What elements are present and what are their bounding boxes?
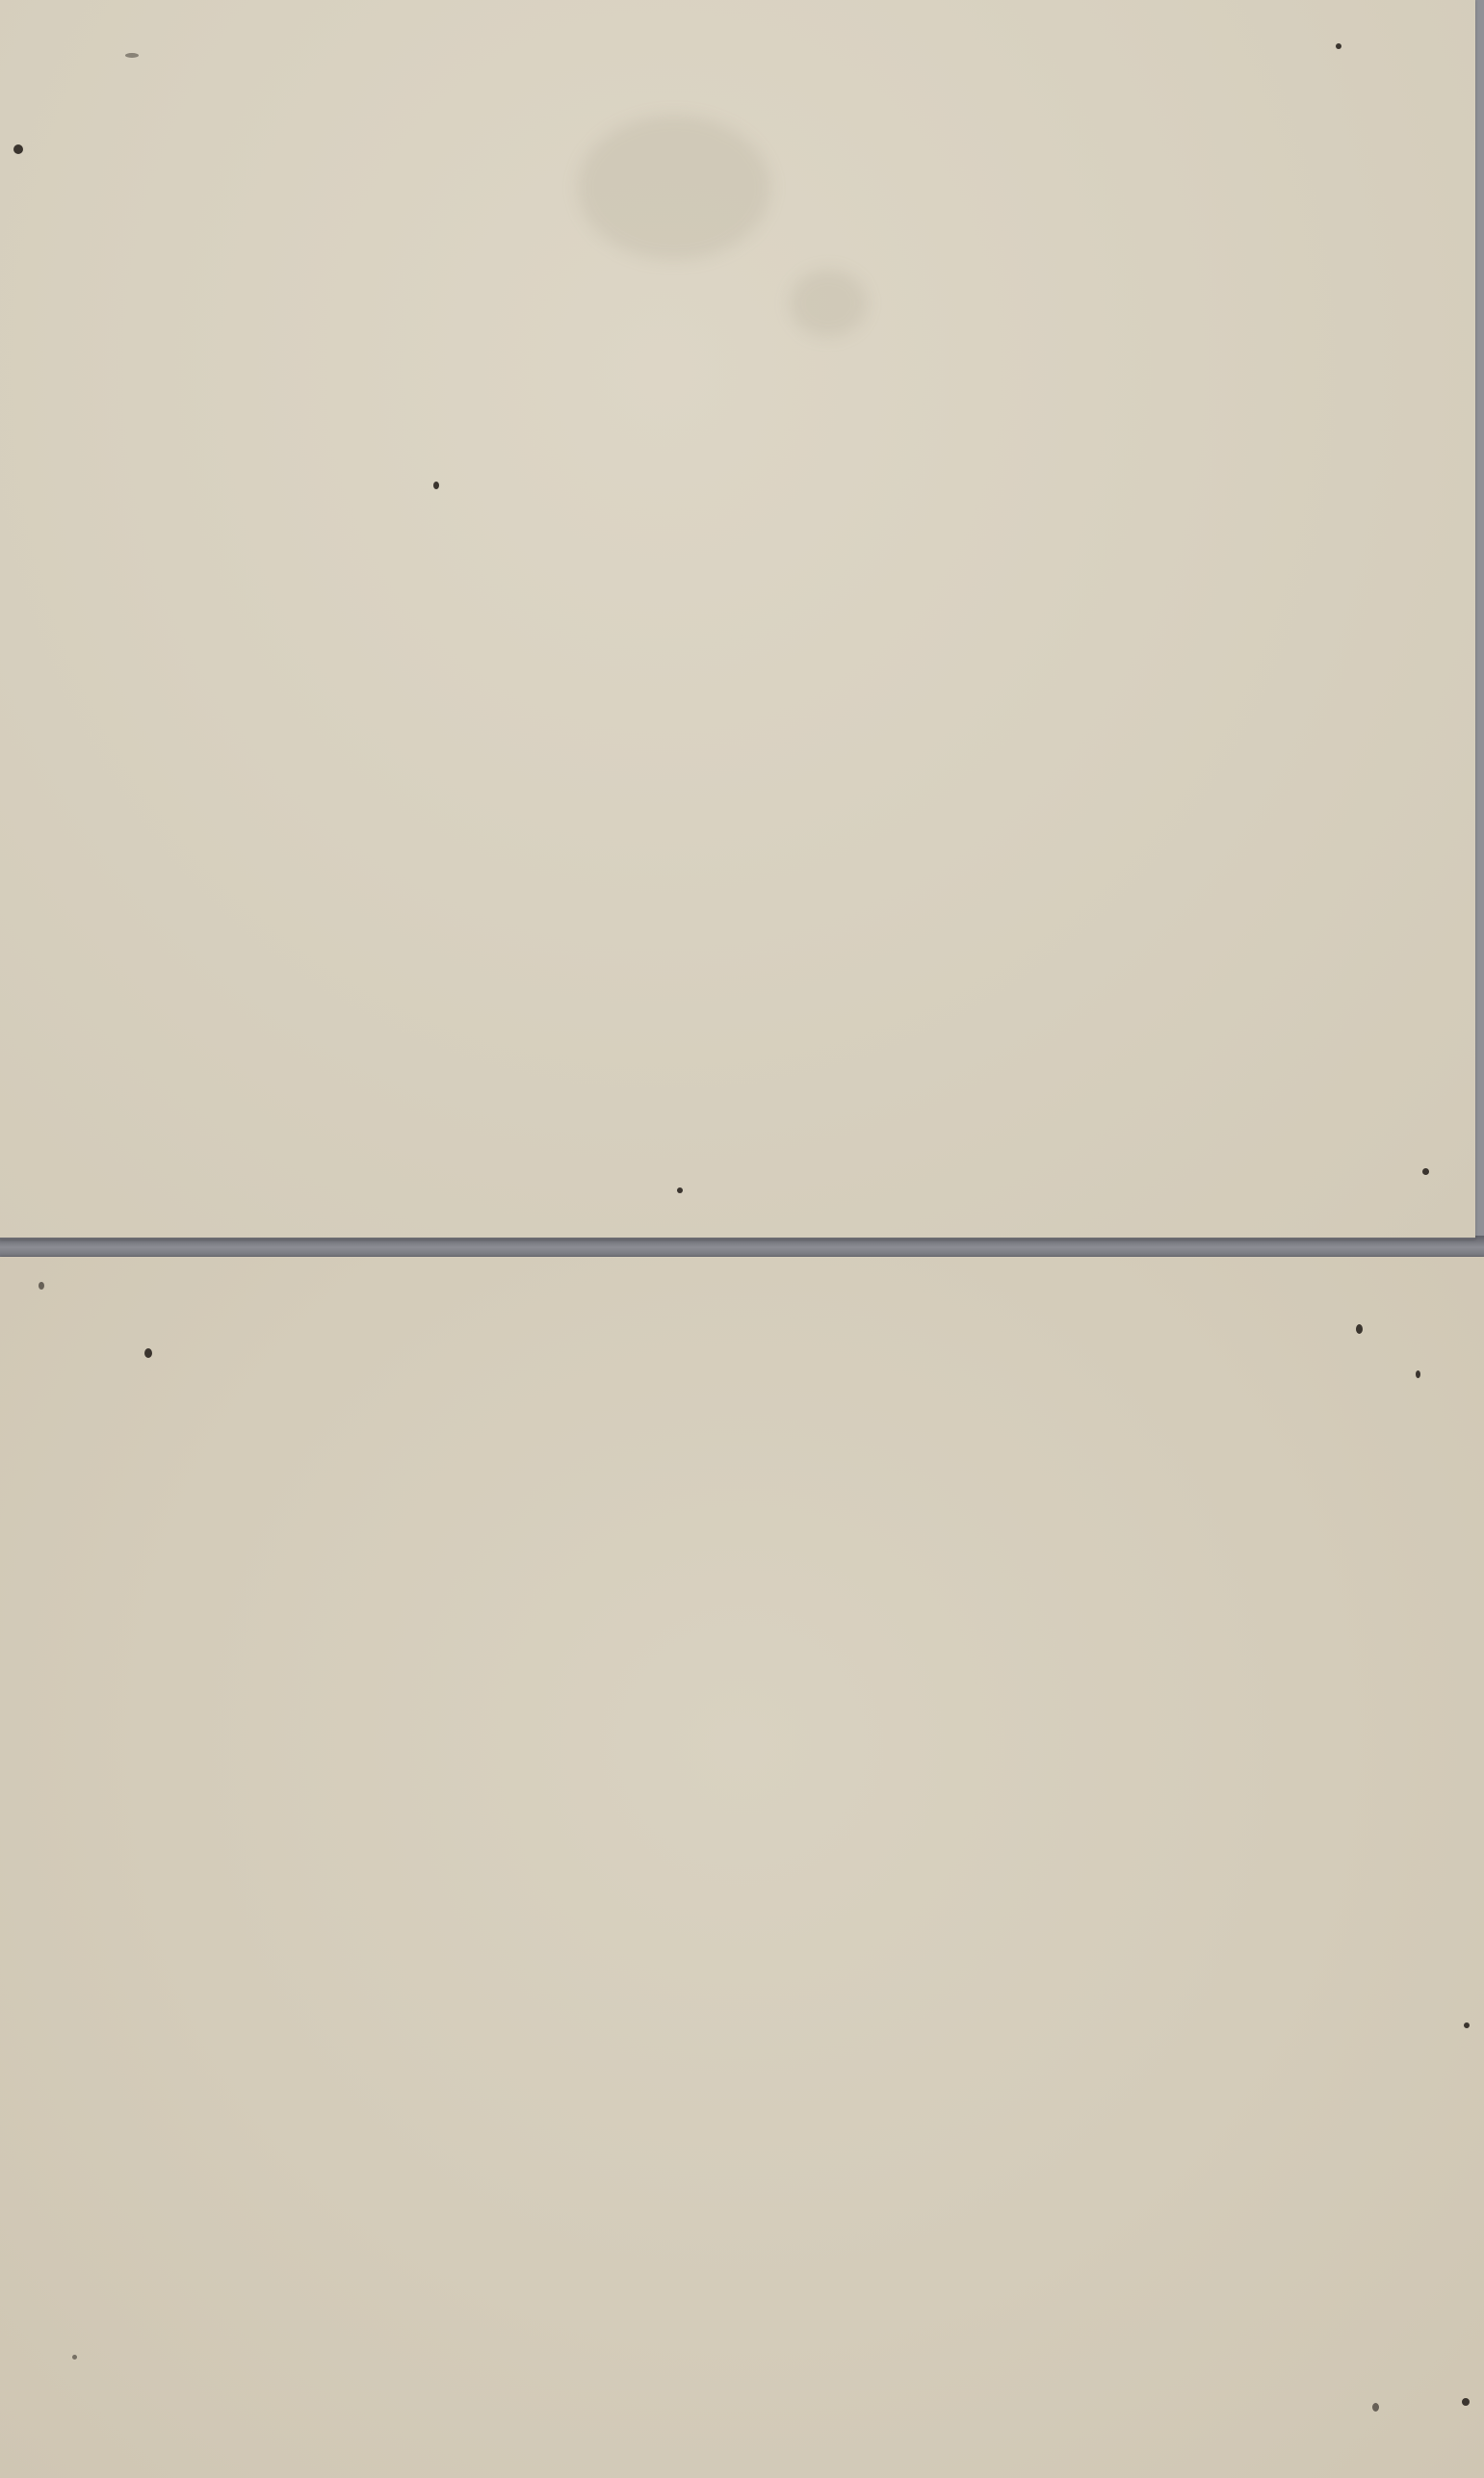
speck xyxy=(144,1348,152,1358)
speck xyxy=(1372,2403,1379,2412)
stain xyxy=(578,116,770,260)
speck xyxy=(72,2355,77,2360)
paper-sheet-bottom xyxy=(0,1257,1484,2478)
speck xyxy=(125,53,139,58)
speck xyxy=(433,482,439,489)
speck xyxy=(1416,1370,1420,1378)
speck xyxy=(1422,1168,1429,1175)
paper-sheet-top xyxy=(0,0,1475,1239)
speck xyxy=(1464,2022,1470,2028)
stain xyxy=(790,270,867,337)
speck xyxy=(39,1282,44,1290)
speck xyxy=(13,144,23,154)
speck xyxy=(677,1187,683,1193)
speck xyxy=(1336,43,1341,49)
speck xyxy=(1356,1324,1363,1334)
speck xyxy=(1462,2398,1470,2406)
